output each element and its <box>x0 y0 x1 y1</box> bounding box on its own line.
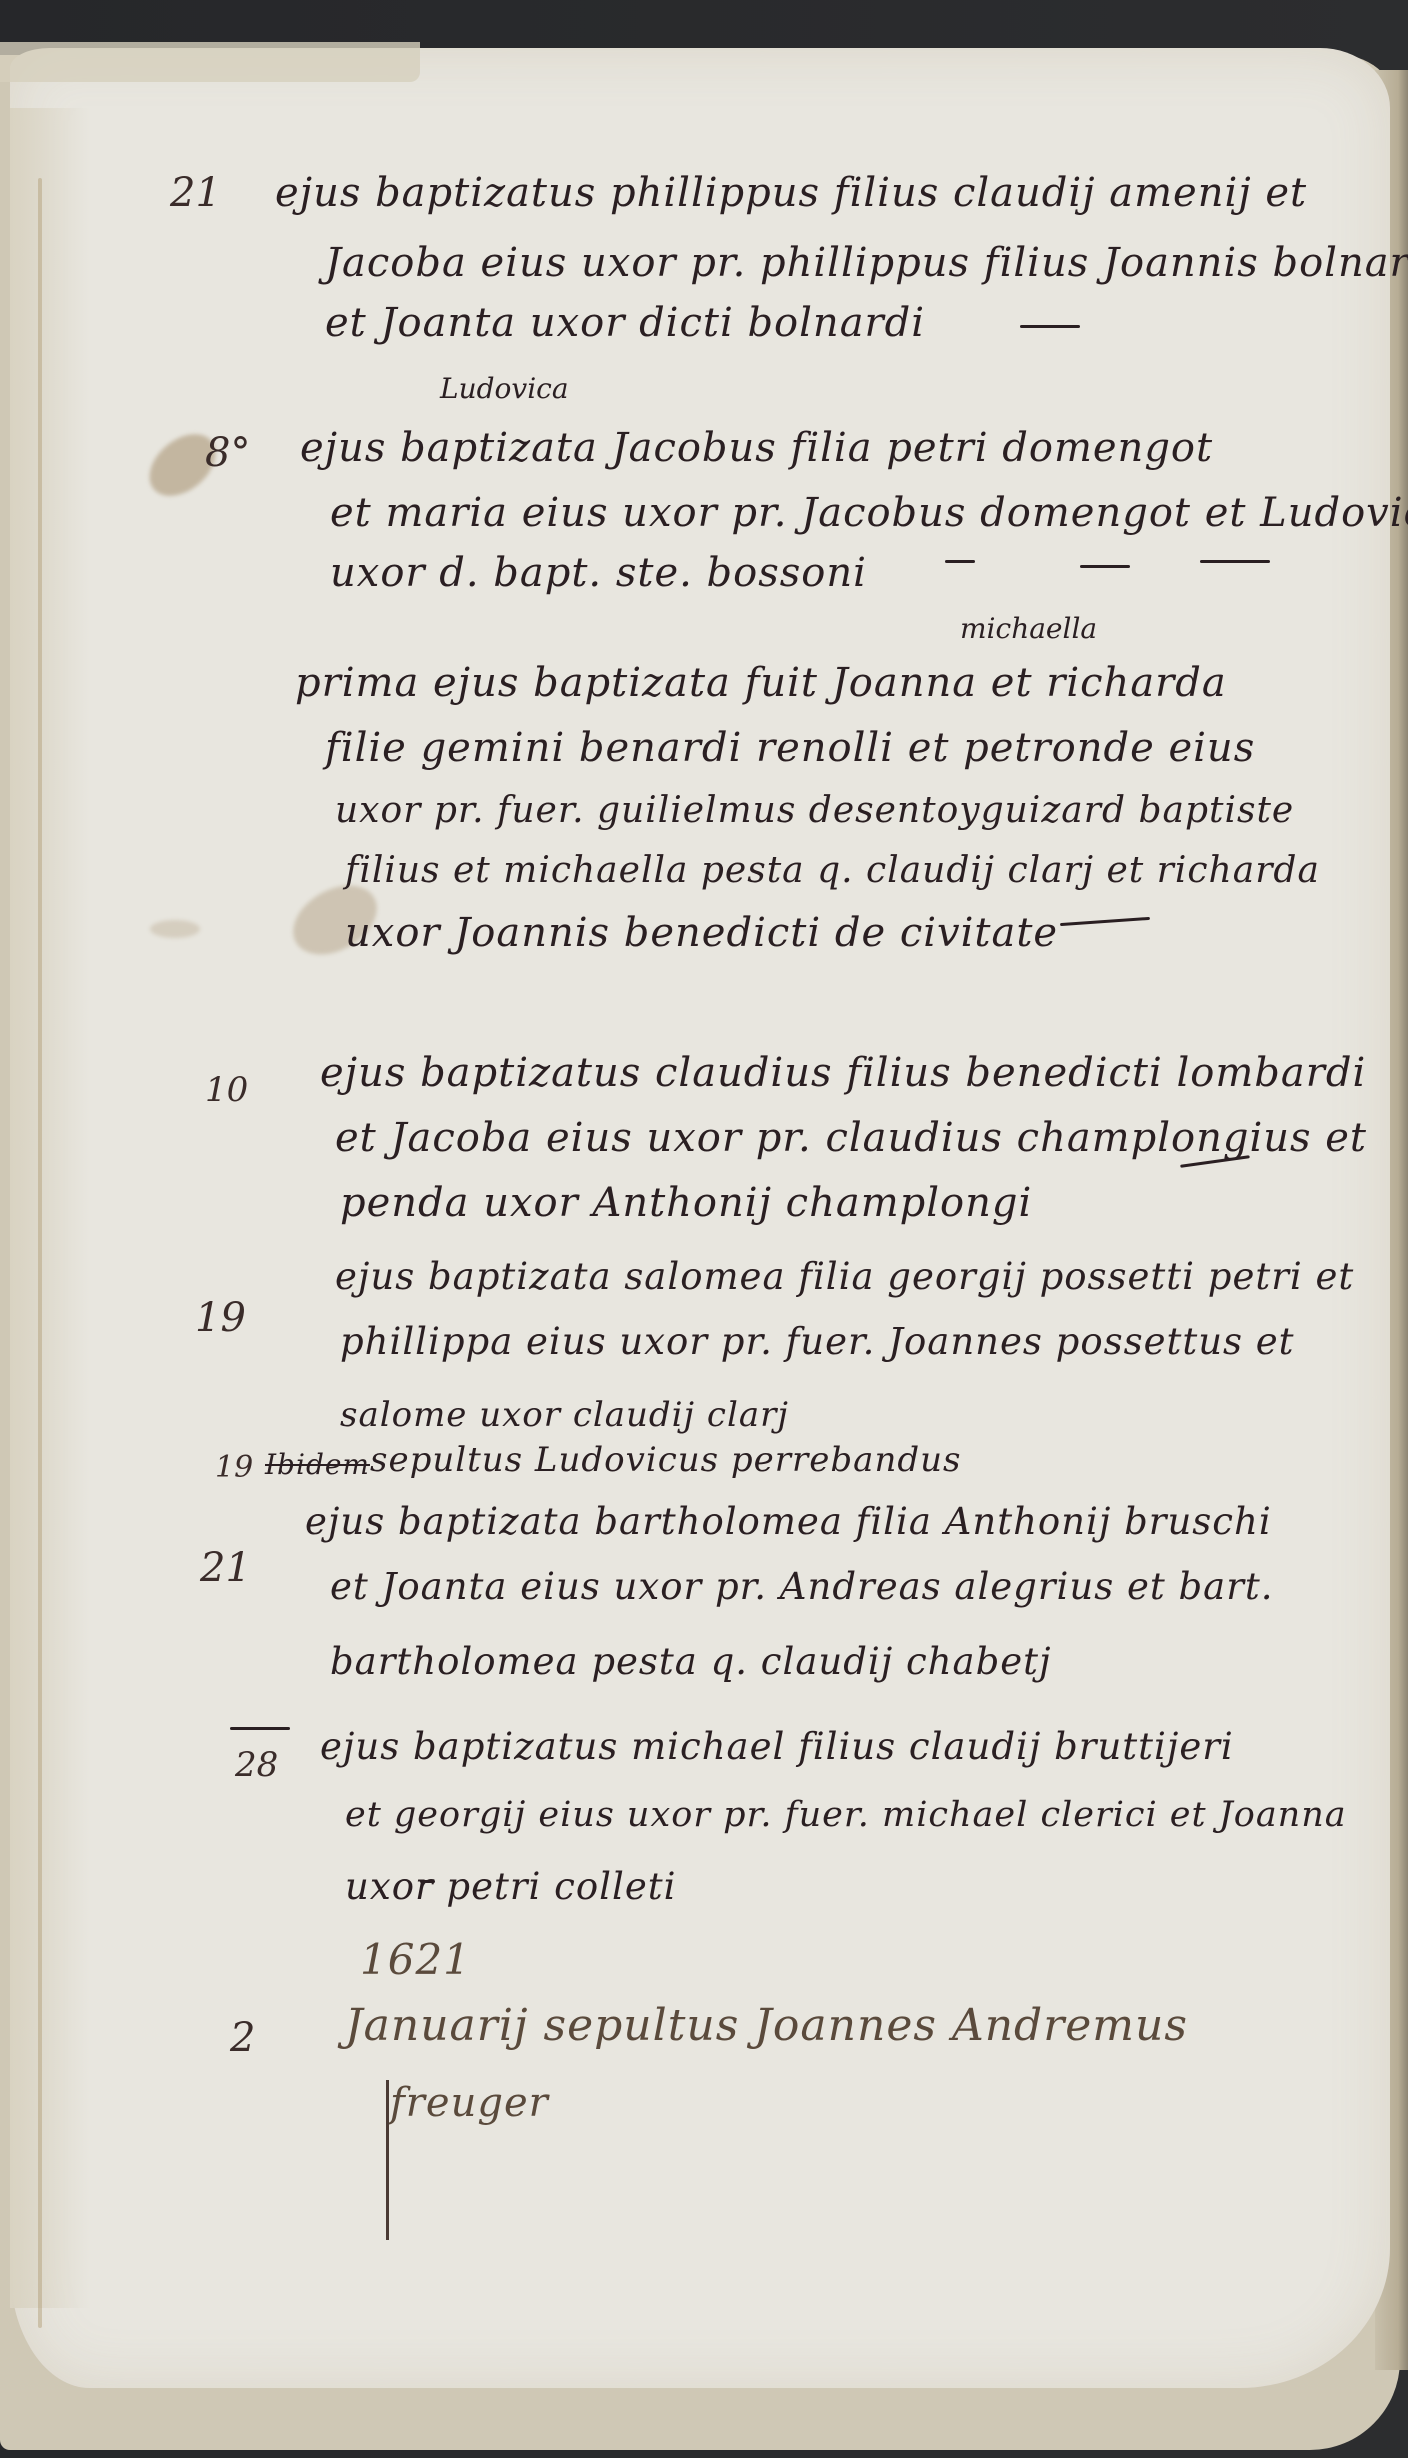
entry-line: uxor pr. fuer. guilielmus desentoyguizar… <box>335 790 1294 831</box>
entry-line: bartholomea pesta q. claudij chabetj <box>330 1640 1052 1683</box>
line-filler <box>1080 565 1130 568</box>
entry-line: Januarij sepultus Joannes Andremus <box>345 2000 1188 2051</box>
interlinear-correction: michaella <box>960 612 1097 645</box>
entry-line: ejus baptizata bartholomea filia Anthoni… <box>305 1500 1272 1543</box>
entry-line: et georgij eius uxor pr. fuer. michael c… <box>345 1795 1347 1835</box>
entry-line: phillippa eius uxor pr. fuer. Joannes po… <box>340 1320 1295 1363</box>
ink-stain <box>150 920 200 938</box>
struck-word: Ibidem <box>265 1448 370 1481</box>
margin-date: 21 <box>200 1545 251 1591</box>
entry-line: ejus baptizatus michael filius claudij b… <box>320 1725 1234 1768</box>
line-filler <box>230 1727 290 1730</box>
margin-date: 8° <box>205 430 250 476</box>
entry-line: uxor d. bapt. ste. bossoni <box>330 550 867 596</box>
entry-line: Jacoba eius uxor pr. phillippus filius J… <box>325 240 1408 286</box>
entry-line: freuger <box>390 2080 549 2126</box>
margin-date: 10 <box>205 1070 248 1110</box>
descender-stroke <box>386 2080 389 2240</box>
margin-date: 28 <box>235 1745 278 1785</box>
entry-line: et maria eius uxor pr. Jacobus domengot … <box>330 490 1408 536</box>
entry-line: ejus baptizata Jacobus filia petri domen… <box>300 425 1213 471</box>
entry-line: filius et michaella pesta q. claudij cla… <box>345 850 1320 891</box>
gutter-fold <box>38 178 42 2328</box>
torn-edge <box>0 42 420 82</box>
entry-line: penda uxor Anthonij champlongi <box>340 1180 1032 1226</box>
line-filler <box>945 560 975 563</box>
year-heading: 1621 <box>360 1935 471 1984</box>
entry-line: ejus baptizatus phillippus filius claudi… <box>275 170 1307 216</box>
entry-line: ejus baptizatus claudius filius benedict… <box>320 1050 1366 1096</box>
entry-line: et Jacoba eius uxor pr. claudius champlo… <box>335 1115 1367 1161</box>
line-filler <box>420 1880 435 1883</box>
line-filler <box>1020 325 1080 328</box>
entry-line: uxor Joannis benedicti de civitate <box>345 910 1058 956</box>
entry-line: uxor petri colleti <box>345 1865 676 1908</box>
margin-date: 19 <box>195 1295 246 1341</box>
entry-line: et Joanta eius uxor pr. Andreas alegrius… <box>330 1565 1274 1608</box>
entry-line: prima ejus baptizata fuit Joanna et rich… <box>295 660 1227 706</box>
margin-date: 2 <box>230 2015 255 2061</box>
margin-date: 21 <box>170 170 221 216</box>
margin-date: 19 <box>215 1450 253 1485</box>
entry-line: ejus baptizata salomea filia georgij pos… <box>335 1255 1354 1298</box>
entry-line: salome uxor claudij clarj <box>340 1395 789 1435</box>
interlinear-correction: Ludovica <box>440 372 569 405</box>
entry-line: filie gemini benardi renolli et petronde… <box>325 725 1255 771</box>
entry-line: et Joanta uxor dicti bolnardi <box>325 300 925 346</box>
line-filler <box>1200 560 1270 563</box>
entry-line: sepultus Ludovicus perrebandus <box>370 1440 961 1480</box>
